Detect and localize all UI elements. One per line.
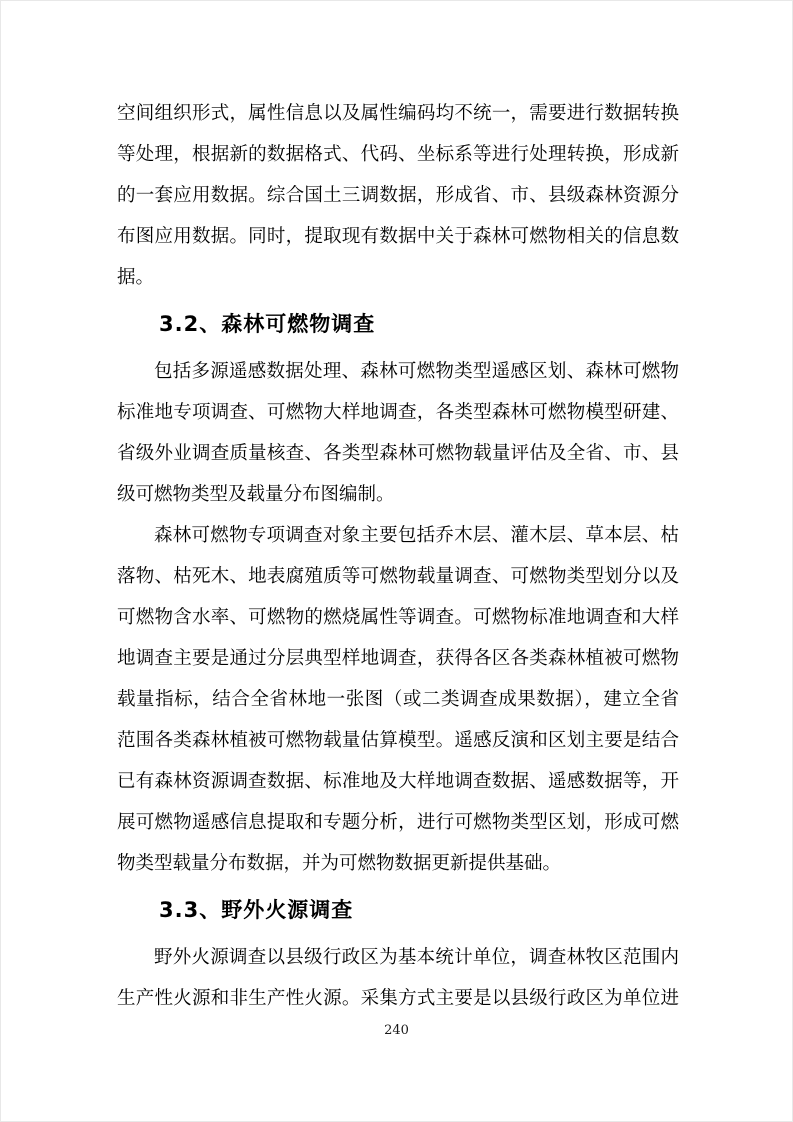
paragraph-line: 展可燃物遥感信息提取和专题分析，进行可燃物类型区划，形成可燃 <box>117 802 679 843</box>
paragraph-line: 生产性火源和非生产性火源。采集方式主要是以县级行政区为单位进 <box>117 978 679 1019</box>
paragraph-line: 可燃物含水率、可燃物的燃烧属性等调查。可燃物标准地调查和大样 <box>117 597 679 638</box>
section-heading-3-3: 3.3、野外火源调查 <box>117 890 679 931</box>
page-number: 240 <box>1 1023 792 1038</box>
paragraph-line: 据。 <box>117 257 679 298</box>
paragraph-fire-source-survey: 野外火源调查以县级行政区为基本统计单位，调查林牧区范围内 生产性火源和非生产性火… <box>117 937 679 1019</box>
paragraph-line: 森林可燃物专项调查对象主要包括乔木层、灌木层、草本层、枯 <box>117 515 679 556</box>
paragraph-line: 地调查主要是通过分层典型样地调查，获得各区各类森林植被可燃物 <box>117 638 679 679</box>
paragraph-continuation: 空间组织形式，属性信息以及属性编码均不统一，需要进行数据转换 等处理，根据新的数… <box>117 93 679 298</box>
paragraph-fuel-survey-detail: 森林可燃物专项调查对象主要包括乔木层、灌木层、草本层、枯 落物、枯死木、地表腐殖… <box>117 515 679 884</box>
paragraph-line: 野外火源调查以县级行政区为基本统计单位，调查林牧区范围内 <box>117 937 679 978</box>
paragraph-line: 标准地专项调查、可燃物大样地调查，各类型森林可燃物模型研建、 <box>117 392 679 433</box>
paragraph-line: 空间组织形式，属性信息以及属性编码均不统一，需要进行数据转换 <box>117 93 679 134</box>
paragraph-line: 布图应用数据。同时，提取现有数据中关于森林可燃物相关的信息数 <box>117 216 679 257</box>
paragraph-line: 省级外业调查质量核查、各类型森林可燃物载量评估及全省、市、县 <box>117 433 679 474</box>
paragraph-line: 范围各类森林植被可燃物载量估算模型。遥感反演和区划主要是结合 <box>117 720 679 761</box>
paragraph-line: 等处理，根据新的数据格式、代码、坐标系等进行处理转换，形成新 <box>117 134 679 175</box>
paragraph-line: 包括多源遥感数据处理、森林可燃物类型遥感区划、森林可燃物 <box>117 351 679 392</box>
paragraph-line: 已有森林资源调查数据、标准地及大样地调查数据、遥感数据等，开 <box>117 761 679 802</box>
section-heading-3-2: 3.2、森林可燃物调查 <box>117 304 679 345</box>
paragraph-line: 的一套应用数据。综合国土三调数据，形成省、市、县级森林资源分 <box>117 175 679 216</box>
paragraph-line: 级可燃物类型及载量分布图编制。 <box>117 474 679 515</box>
paragraph-line: 落物、枯死木、地表腐殖质等可燃物载量调查、可燃物类型划分以及 <box>117 556 679 597</box>
page-content: 空间组织形式，属性信息以及属性编码均不统一，需要进行数据转换 等处理，根据新的数… <box>117 93 679 1019</box>
paragraph-fuel-survey-scope: 包括多源遥感数据处理、森林可燃物类型遥感区划、森林可燃物 标准地专项调查、可燃物… <box>117 351 679 515</box>
document-page: 空间组织形式，属性信息以及属性编码均不统一，需要进行数据转换 等处理，根据新的数… <box>0 0 793 1122</box>
paragraph-line: 物类型载量分布数据，并为可燃物数据更新提供基础。 <box>117 843 679 884</box>
paragraph-line: 载量指标，结合全省林地一张图（或二类调查成果数据），建立全省 <box>117 679 679 720</box>
